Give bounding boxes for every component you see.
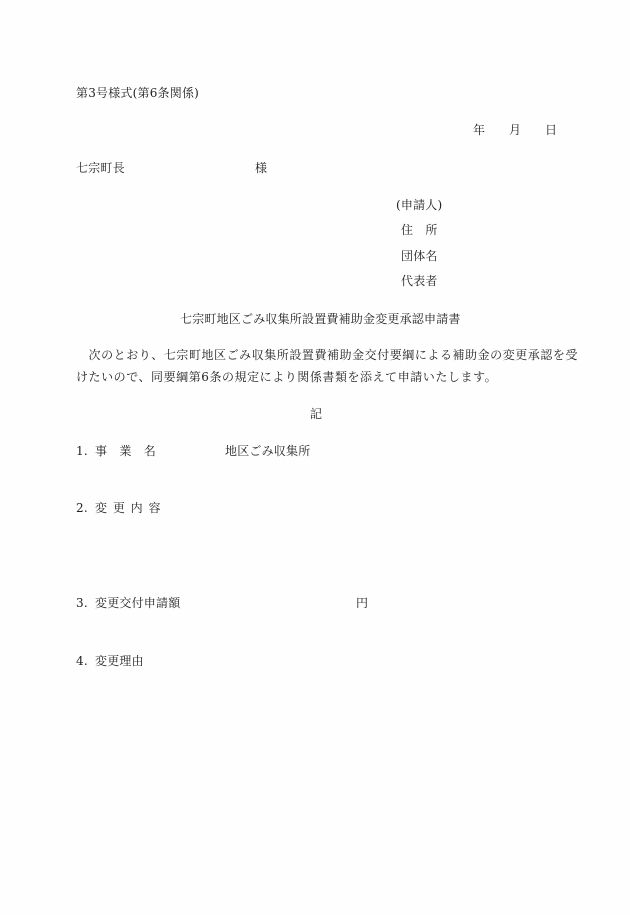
document-title: 七宗町地区ごみ収集所設置費補助金変更承認申請書 — [180, 313, 461, 325]
form-label: 第3号様式(第6条関係) — [76, 87, 199, 99]
ki-label: 記 — [310, 408, 322, 420]
item-number: 4. — [76, 655, 88, 667]
item-value: 地区ごみ収集所 — [225, 445, 310, 457]
item-value: 円 — [356, 597, 368, 609]
date-month-label: 月 — [509, 124, 521, 136]
applicant-organization-label: 団体名 — [401, 250, 438, 262]
date-year-label: 年 — [473, 124, 485, 136]
body-line-2: けたいので、同要綱第6条の規定により関係書類を添えて申請いたします。 — [76, 371, 497, 383]
item-number: 1. — [76, 445, 88, 457]
applicant-heading: (申請人) — [396, 199, 442, 211]
addressee-name: 七宗町長 — [76, 162, 125, 174]
item-number: 3. — [76, 597, 88, 609]
applicant-address-label: 住 所 — [401, 224, 438, 236]
item-label: 変更理由 — [95, 655, 144, 667]
addressee-honorific: 様 — [255, 162, 267, 174]
document-page: 第3号様式(第6条関係) 年 月 日 七宗町長 様 (申請人) 住 所 団体名 … — [0, 0, 630, 915]
applicant-representative-label: 代表者 — [401, 275, 438, 287]
item-number: 2. — [76, 502, 88, 514]
body-line-1: 次のとおり、七宗町地区ごみ収集所設置費補助金交付要綱による補助金の変更承認を受 — [76, 349, 578, 361]
date-day-label: 日 — [545, 124, 557, 136]
item-label: 変 更 内 容 — [95, 502, 161, 514]
item-label: 事 業 名 — [95, 445, 156, 457]
item-label: 変更交付申請額 — [95, 597, 180, 609]
